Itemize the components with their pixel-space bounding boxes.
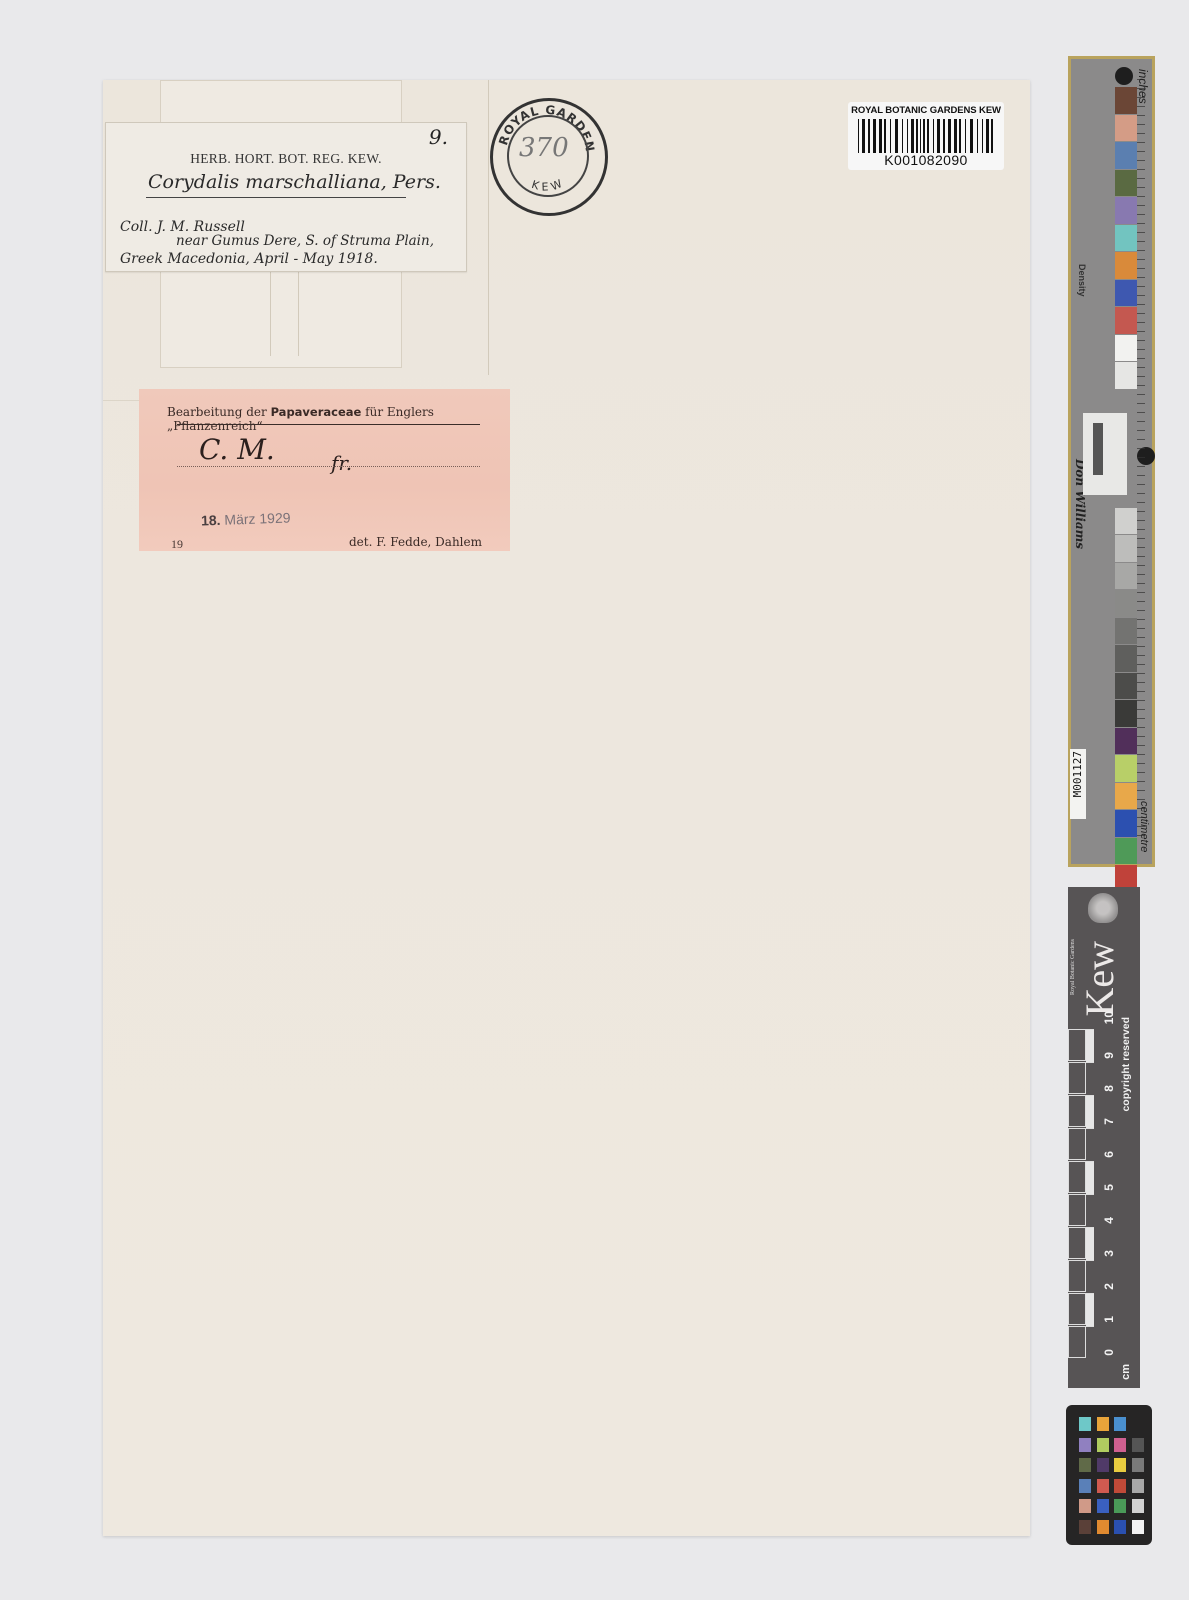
colour-patch <box>1114 1458 1126 1472</box>
cm-unit-label: cm <box>1120 1364 1132 1380</box>
barcode-number: K001082090 <box>848 152 1004 168</box>
colour-swatch <box>1115 197 1137 224</box>
colour-patch <box>1132 1438 1144 1452</box>
colour-swatch <box>1115 838 1137 865</box>
colour-patch <box>1132 1499 1144 1513</box>
colour-patch <box>1114 1438 1126 1452</box>
determination-header: Bearbeitung der Papaveraceae für Englers… <box>167 405 510 433</box>
scale-block-alt <box>1086 1194 1094 1227</box>
colour-swatch <box>1115 170 1137 197</box>
sheet-guideline <box>488 80 489 375</box>
colour-patch <box>1079 1499 1091 1513</box>
kew-sub-brand: Royal Botanic Gardens <box>1070 939 1076 995</box>
dotted-line <box>177 466 480 467</box>
colour-swatch <box>1115 508 1137 535</box>
colour-swatch <box>1115 563 1137 590</box>
scale-number: 3 <box>1102 1250 1118 1257</box>
colour-patch <box>1079 1417 1091 1431</box>
density-label: Density <box>1077 264 1087 297</box>
colour-swatch <box>1115 362 1137 389</box>
kew-scale-ruler: Royal Botanic Gardens Kew copyright rese… <box>1068 887 1140 1388</box>
colour-swatch <box>1115 335 1137 362</box>
kew-crest-icon <box>1088 893 1118 923</box>
colour-patch <box>1132 1479 1144 1493</box>
colour-swatch <box>1115 728 1137 755</box>
taxon-underline <box>146 197 406 198</box>
date-stamp: 18. März 1929 <box>201 509 291 528</box>
colour-patch <box>1114 1417 1126 1431</box>
scale-number: 5 <box>1102 1184 1118 1191</box>
scale-number: 0 <box>1102 1349 1118 1356</box>
colour-patch <box>1114 1499 1126 1513</box>
ruler-hole <box>1115 67 1133 85</box>
scale-block <box>1068 1161 1086 1193</box>
determination-label: Bearbeitung der Papaveraceae für Englers… <box>139 389 510 551</box>
scale-block-alt <box>1086 1161 1094 1194</box>
colour-swatch <box>1115 87 1137 114</box>
colour-swatch <box>1115 590 1137 617</box>
colour-patch <box>1097 1520 1109 1534</box>
determiner-initial: fr. <box>331 451 352 475</box>
inches-label: inches <box>1136 69 1150 104</box>
scale-number: 4 <box>1102 1217 1118 1224</box>
scale-block <box>1068 1095 1086 1127</box>
colour-swatch <box>1115 783 1137 810</box>
year-prefix: 19 <box>171 537 183 552</box>
colour-swatch <box>1115 225 1137 252</box>
colour-patch <box>1079 1458 1091 1472</box>
scale-number: 1 <box>1102 1316 1118 1323</box>
label-header: HERB. HORT. BOT. REG. KEW. <box>106 151 466 167</box>
colour-swatch <box>1115 142 1137 169</box>
royal-gardens-stamp: ROYAL GARDENS KEW 370 <box>490 98 608 216</box>
centimetre-label: centimetre <box>1138 801 1150 852</box>
colour-patch <box>1079 1479 1091 1493</box>
scale-block <box>1068 1194 1086 1226</box>
scale-block <box>1068 1128 1086 1160</box>
scale-block <box>1068 1029 1086 1061</box>
scale-block <box>1068 1326 1086 1358</box>
kew-logo: Kew <box>1080 941 1120 1017</box>
colour-checker-card <box>1066 1405 1152 1545</box>
colour-patch <box>1097 1499 1109 1513</box>
ruler-target-patch <box>1083 413 1127 495</box>
scale-number: 2 <box>1102 1283 1118 1290</box>
colour-swatch <box>1115 810 1137 837</box>
scale-number: 6 <box>1102 1151 1118 1158</box>
colour-patch <box>1097 1438 1109 1452</box>
scale-number: 7 <box>1102 1118 1118 1125</box>
colour-swatch <box>1115 307 1137 334</box>
colour-patch <box>1132 1520 1144 1534</box>
colour-swatch <box>1115 755 1137 782</box>
locality-line-1: near Gumus Dere, S. of Struma Plain, <box>176 233 434 249</box>
kew-herbarium-label: 9. HERB. HORT. BOT. REG. KEW. Corydalis … <box>105 122 467 272</box>
barcode-institution: ROYAL BOTANIC GARDENS KEW <box>848 105 1004 116</box>
colour-swatch <box>1115 280 1137 307</box>
colour-patch <box>1132 1458 1144 1472</box>
colour-patch <box>1097 1458 1109 1472</box>
barcode-icon <box>858 119 994 153</box>
locality-line-2: Greek Macedonia, April - May 1918. <box>120 251 378 267</box>
barcode-label: ROYAL BOTANIC GARDENS KEW K001082090 <box>848 102 1004 170</box>
colour-swatch <box>1115 115 1137 142</box>
colour-patch <box>1079 1438 1091 1452</box>
colour-swatch <box>1115 618 1137 645</box>
flap-crease <box>298 268 299 356</box>
scale-block-alt <box>1086 1227 1094 1260</box>
colour-calibration-ruler: inches centimetre Density Don Williams M… <box>1068 56 1155 867</box>
colour-patch <box>1114 1520 1126 1534</box>
colour-patch <box>1079 1520 1091 1534</box>
colour-swatch <box>1115 252 1137 279</box>
ruler-ticks <box>1137 79 1145 844</box>
stamp-handwritten-number: 370 <box>519 133 569 163</box>
scale-block-alt <box>1086 1095 1094 1128</box>
scale-number: 9 <box>1102 1052 1118 1059</box>
colour-patch <box>1097 1417 1109 1431</box>
colour-patch <box>1097 1479 1109 1493</box>
scale-number: 8 <box>1102 1085 1118 1092</box>
ruler-id-label: M001127 <box>1070 749 1086 819</box>
scale-block-alt <box>1086 1326 1094 1359</box>
scale-block <box>1068 1227 1086 1259</box>
scale-block-alt <box>1086 1128 1094 1161</box>
scale-block-alt <box>1086 1029 1094 1062</box>
scale-block-alt <box>1086 1062 1094 1095</box>
header-rule <box>177 424 480 425</box>
scale-block <box>1068 1293 1086 1325</box>
copyright-text: copyright reserved <box>1120 1017 1132 1112</box>
determiner: det. F. Fedde, Dahlem <box>349 535 482 549</box>
colour-swatch <box>1115 700 1137 727</box>
scale-block <box>1068 1062 1086 1094</box>
scale-number: 10 <box>1102 1011 1118 1024</box>
taxon-name: Corydalis marschalliana, Pers. <box>148 171 441 193</box>
scale-block-alt <box>1086 1260 1094 1293</box>
colour-swatch <box>1115 535 1137 562</box>
flap-crease <box>270 268 271 356</box>
colour-patch <box>1114 1479 1126 1493</box>
colour-swatch <box>1115 673 1137 700</box>
sheet-number: 9. <box>429 125 448 149</box>
scale-block <box>1068 1260 1086 1292</box>
colour-swatch <box>1115 645 1137 672</box>
determination-text: C. M. <box>199 433 275 466</box>
scale-block-alt <box>1086 1293 1094 1326</box>
